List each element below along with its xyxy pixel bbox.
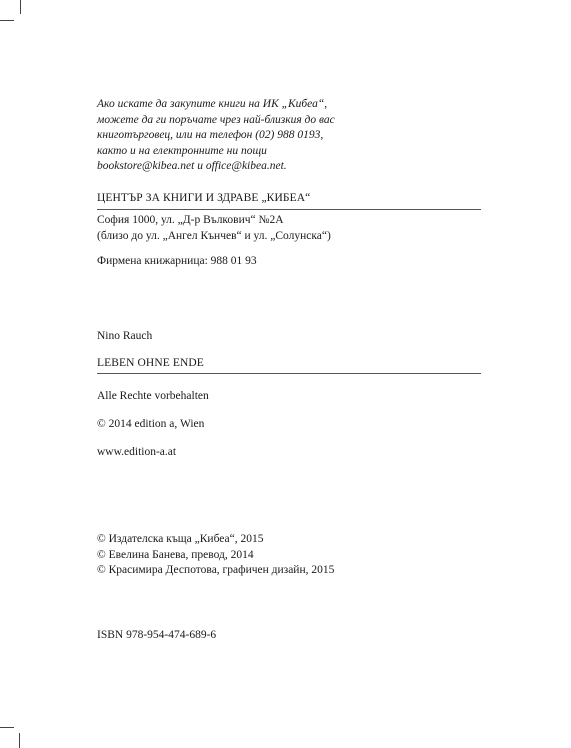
bulgarian-copyrights: © Издателска къща „Кибеа“, 2015 © Евелин… xyxy=(97,532,482,579)
copyright-line: © Издателска къща „Кибеа“, 2015 xyxy=(97,532,482,548)
order-info-line: книготърговец, или на телефон (02) 988 0… xyxy=(97,128,482,144)
order-info: Ако искате да закупите книги на ИК „Кибе… xyxy=(97,97,482,175)
original-rights: Alle Rechte vorbehalten xyxy=(97,389,482,405)
original-title: LEBEN OHNE ENDE xyxy=(97,357,204,369)
order-info-line: както и на електронните ни пощи xyxy=(97,144,482,160)
order-info-line: можете да ги поръчате чрез най-близкия д… xyxy=(97,113,482,129)
center-title: ЦЕНТЪР ЗА КНИГИ И ЗДРАВЕ „КИБЕА“ xyxy=(97,192,310,204)
crop-mark-bottom-left-horizontal xyxy=(0,727,14,728)
address-line: (близо до ул. „Ангел Кънчев“ и ул. „Солу… xyxy=(97,229,482,245)
copyright-line: © Красимира Деспотова, графичен дизайн, … xyxy=(97,563,482,579)
crop-mark-top-left-horizontal xyxy=(0,20,14,21)
center-title-rule xyxy=(97,209,481,210)
isbn: ISBN 978-954-474-689-6 xyxy=(97,628,482,644)
crop-mark-bottom-left-vertical xyxy=(19,733,20,748)
original-copyright: © 2014 edition a, Wien xyxy=(97,417,482,433)
copyright-line: © Евелина Банева, превод, 2014 xyxy=(97,548,482,564)
center-address: София 1000, ул. „Д-р Вълкович“ №2А (близ… xyxy=(97,213,482,244)
order-info-line: Ако искате да закупите книги на ИК „Кибе… xyxy=(97,97,482,113)
crop-mark-top-left-vertical xyxy=(20,0,21,14)
bookstore-phone: Фирмена книжарница: 988 01 93 xyxy=(97,254,482,270)
original-title-rule xyxy=(97,373,481,374)
original-website: www.edition-a.at xyxy=(97,445,482,461)
order-info-line: bookstore@kibea.net и office@kibea.net. xyxy=(97,159,482,175)
address-line: София 1000, ул. „Д-р Вълкович“ №2А xyxy=(97,213,482,229)
original-author: Nino Rauch xyxy=(97,329,482,345)
